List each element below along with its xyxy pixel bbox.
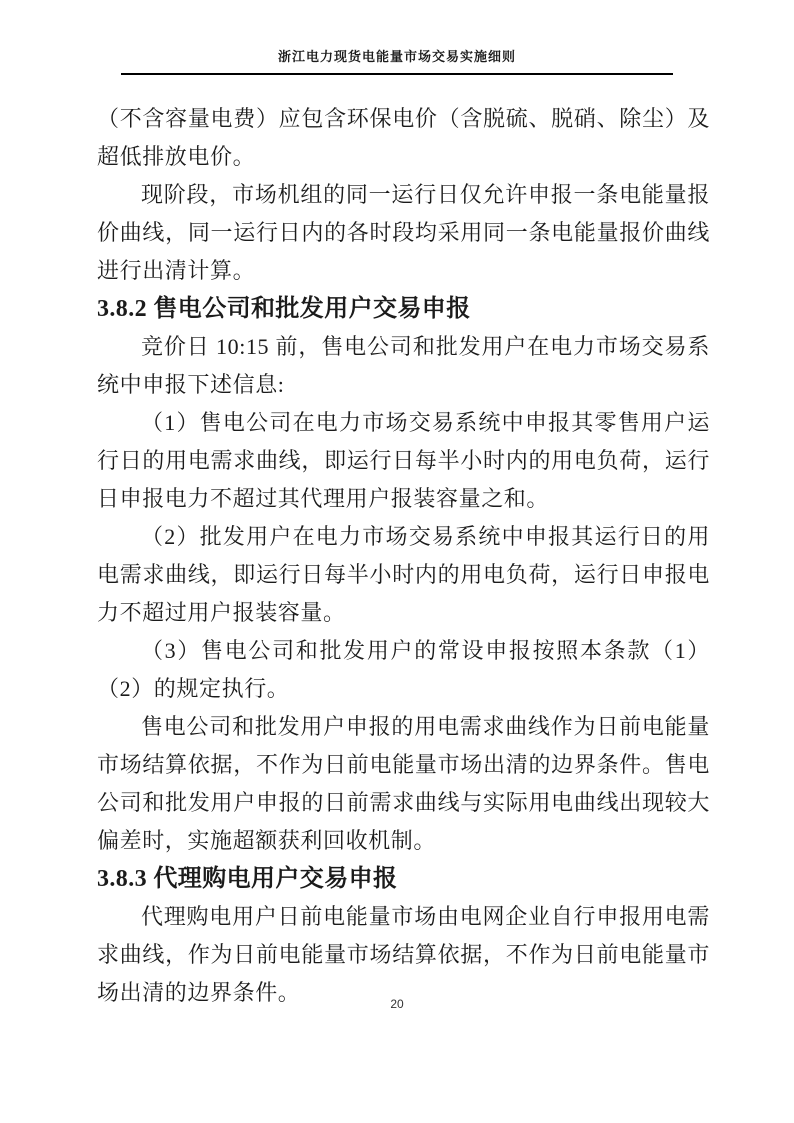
paragraph: （2）批发用户在电力市场交易系统中申报其运行日的用电需求曲线，即运行日每半小时内… <box>97 518 710 632</box>
document-page: 浙江电力现货电能量市场交易实施细则 （不含容量电费）应包含环保电价（含脱硫、脱硝… <box>0 0 794 1123</box>
paragraph: 竞价日 10:15 前，售电公司和批发用户在电力市场交易系统中申报下述信息: <box>97 328 710 404</box>
header-rule <box>121 73 673 75</box>
document-body: （不含容量电费）应包含环保电价（含脱硫、脱硝、除尘）及超低排放电价。 现阶段，市… <box>97 100 710 1012</box>
page-number: 20 <box>0 997 794 1011</box>
paragraph: （1）售电公司在电力市场交易系统中申报其零售用户运行日的用电需求曲线，即运行日每… <box>97 404 710 518</box>
paragraph: （3）售电公司和批发用户的常设申报按照本条款（1）（2）的规定执行。 <box>97 632 710 708</box>
section-heading-3-8-2: 3.8.2 售电公司和批发用户交易申报 <box>97 290 710 328</box>
paragraph: （不含容量电费）应包含环保电价（含脱硫、脱硝、除尘）及超低排放电价。 <box>97 100 710 176</box>
paragraph: 现阶段，市场机组的同一运行日仅允许申报一条电能量报价曲线，同一运行日内的各时段均… <box>97 176 710 290</box>
section-heading-3-8-3: 3.8.3 代理购电用户交易申报 <box>97 860 710 898</box>
document-header-title: 浙江电力现货电能量市场交易实施细则 <box>0 46 794 65</box>
paragraph: 售电公司和批发用户申报的用电需求曲线作为日前电能量市场结算依据，不作为日前电能量… <box>97 708 710 860</box>
paragraph: 代理购电用户日前电能量市场由电网企业自行申报用电需求曲线，作为日前电能量市场结算… <box>97 898 710 1012</box>
